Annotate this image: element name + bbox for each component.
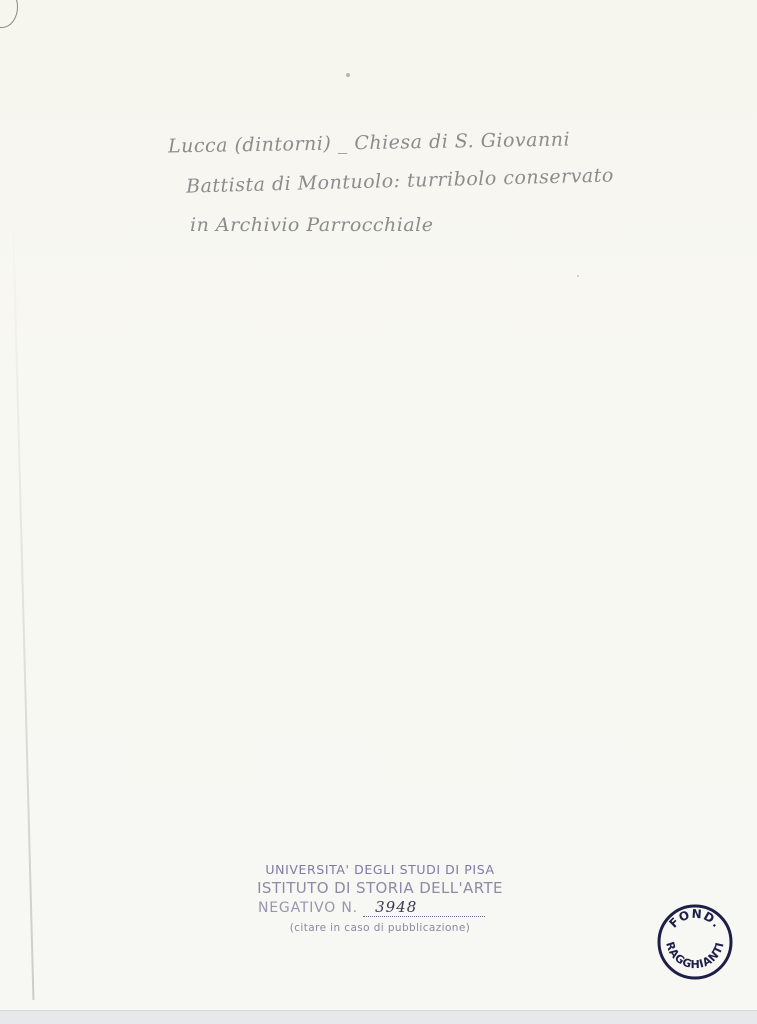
handwritten-note-line-2: Battista di Montuolo: turribolo conserva… [186, 164, 614, 197]
seal-bottom-text: RAGGHIANTI [663, 940, 727, 971]
negative-label: NEGATIVO N. [258, 900, 358, 916]
fond-ragghianti-seal-icon: FOND. RAGGHIANTI [656, 903, 734, 981]
handwritten-note-line-1: Lucca (dintorni) _ Chiesa di S. Giovanni [168, 128, 570, 157]
corner-curl [0, 0, 18, 28]
svg-text:RAGGHIANTI: RAGGHIANTI [663, 940, 727, 971]
stamp-negative-row: NEGATIVO N. 3948 [255, 898, 505, 917]
negative-number: 3948 [363, 898, 485, 917]
stamp-institute: ISTITUTO DI STORIA DELL'ARTE [255, 879, 505, 897]
paper-speck [577, 275, 579, 277]
scanner-bed-edge [0, 1010, 757, 1024]
stamp-university: UNIVERSITA' DEGLI STUDI DI PISA [255, 862, 505, 877]
archive-card: Lucca (dintorni) _ Chiesa di S. Giovanni… [0, 0, 757, 1012]
paper-fold [12, 200, 35, 1000]
institution-stamp: UNIVERSITA' DEGLI STUDI DI PISA ISTITUTO… [255, 862, 505, 934]
stamp-citation-note: (citare in caso di pubblicazione) [255, 922, 505, 934]
handwritten-note-line-3: in Archivio Parrocchiale [190, 214, 434, 236]
paper-speck [346, 73, 350, 77]
